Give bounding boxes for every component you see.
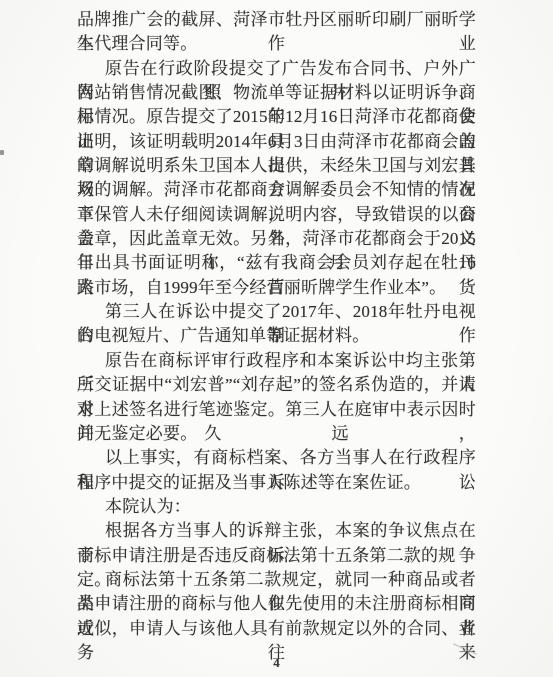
text-line: 品牌推广会的截屏、菏泽市牡丹区丽昕印刷厂丽昕学生作业 xyxy=(77,8,476,32)
text-line: 原告在行政阶段提交了广告发布合同书、户外广告照片、 xyxy=(77,57,476,81)
text-line: 日出具书面证明称，“兹有我商会会员刘存起在牡丹路百货 xyxy=(77,251,476,275)
text-line: 品申请注册的商标与他人在先使用的未注册商标相同或者 xyxy=(77,592,476,616)
text-line: 所交证据中“刘宏普”“刘存起”的签名系伪造的，并请求 xyxy=(77,373,476,397)
text-line: 程序中提交的证据及当事人陈述等在案佐证。 xyxy=(77,471,476,495)
scan-artifact xyxy=(0,150,4,155)
page-number: 4 xyxy=(77,655,476,671)
text-line: 第三人在诉讼中提交了2017年、2018年牡丹电视台制作 xyxy=(77,300,476,324)
text-line: 商标法第十五条第二款规定，就同一种商品或者类似商 xyxy=(77,568,476,592)
text-line: 盖章，因此盖章无效。另外，菏泽市花都商会于2015年1月16 xyxy=(77,227,476,251)
text-line: 本院认为： xyxy=(77,495,476,519)
text-line: 根据各方当事人的诉辩主张，本案的争议焦点在于诉争 xyxy=(77,519,476,543)
text-line: 用情况。原告提交了2015年12月16日菏泽市花都商会出具的 xyxy=(77,105,476,129)
body-text: 品牌推广会的截屏、菏泽市牡丹区丽昕印刷厂丽昕学生作业 本代理合同等。 原告在行政… xyxy=(77,8,476,641)
text-line: 的调解说明系朱卫国本人提供，未经朱卫国与刘宏普双方在 xyxy=(77,154,476,178)
text-line: 证明，该证明载明2014年6月3日由菏泽市花都商会盖章出具 xyxy=(77,130,476,154)
document-page: 品牌推广会的截屏、菏泽市牡丹区丽昕印刷厂丽昕学生作业 本代理合同等。 原告在行政… xyxy=(0,0,553,677)
text-line: 大市场，自1999年至今经营丽昕牌学生作业本”。 xyxy=(77,276,476,300)
text-line: 场的调解。菏泽市花都商会调解委员会不知情的情况下，公 xyxy=(77,178,476,202)
text-line: 近似，申请人与该他人具有前款规定以外的合同、业务往来 xyxy=(77,617,476,641)
text-line: 对上述签名进行笔迹鉴定。第三人在庭审中表示因时间久远， xyxy=(77,398,476,422)
text-line: 商标申请注册是否违反商标法第十五条第二款的规定。 xyxy=(77,544,476,568)
text-line: 以上事实，有商标档案、各方当事人在行政程序和诉讼 xyxy=(77,446,476,470)
text-line: 网站销售情况截图、物流单等证据材料以证明诉争商标的使 xyxy=(77,81,476,105)
text-line: 章保管人未仔细阅读调解说明内容，导致错误的以商会名义 xyxy=(77,203,476,227)
text-line: 原告在商标评审行政程序和本案诉讼中均主张第三人 xyxy=(77,349,476,373)
